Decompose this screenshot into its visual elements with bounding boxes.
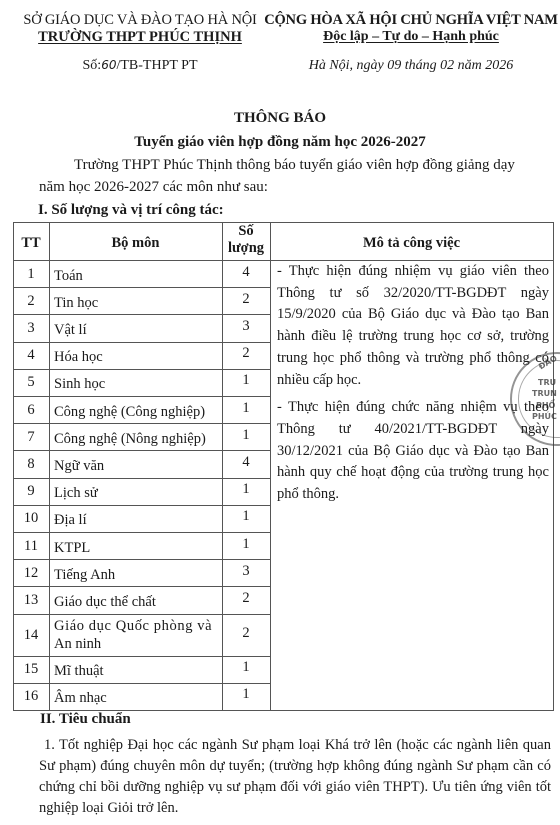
row-qty: 1: [222, 658, 270, 676]
row-subject-line1: Giáo dục Quốc phòng và: [54, 617, 212, 635]
row-subject: Hóa học: [54, 348, 103, 366]
table-rule: [13, 656, 271, 657]
row-tt: 5: [13, 373, 49, 391]
header-tt: TT: [13, 234, 49, 252]
doc-number-prefix: Số:: [83, 58, 102, 73]
table-column-rule: [13, 222, 14, 711]
row-qty: 3: [222, 562, 270, 580]
national-motto: Độc lập – Tự do – Hạnh phúc: [262, 29, 560, 45]
row-tt: 6: [13, 401, 49, 419]
row-tt: 4: [13, 346, 49, 364]
row-tt: 14: [13, 626, 49, 644]
agency-name: SỞ GIÁO DỤC VÀ ĐÀO TẠO HÀ NỘI: [0, 12, 280, 29]
row-tt: 16: [13, 687, 49, 705]
table-rule: [13, 287, 271, 288]
row-subject-line2: An ninh: [54, 635, 101, 653]
nation-title: CỘNG HÒA XÃ HỘI CHỦ NGHĨA VIỆT NAM: [262, 12, 560, 29]
table-rule: [13, 342, 271, 343]
row-subject: Vật lí: [54, 321, 87, 339]
row-subject: Công nghệ (Công nghiệp): [54, 403, 205, 421]
table-rule: [13, 478, 271, 479]
row-subject: Lịch sử: [54, 484, 98, 502]
table-column-rule: [49, 222, 50, 711]
national-motto-text: Độc lập – Tự do – Hạnh phúc: [323, 29, 499, 44]
row-qty: 4: [222, 263, 270, 281]
table-rule: [13, 614, 271, 615]
intro-line-1: Trường THPT Phúc Thịnh thông báo tuyển g…: [74, 157, 515, 174]
row-qty: 1: [222, 507, 270, 525]
table-rule: [13, 260, 553, 261]
document-number: Số:60/TB-THPT PT: [0, 58, 280, 74]
row-qty: 2: [222, 624, 270, 642]
row-tt: 15: [13, 660, 49, 678]
place-date: Hà Nội, ngày 09 tháng 02 năm 2026: [262, 58, 560, 74]
row-qty: 1: [222, 535, 270, 553]
row-qty: 1: [222, 399, 270, 417]
stamp-text-top: ĐÀO: [537, 354, 559, 372]
table-rule: [13, 314, 271, 315]
row-qty: 2: [222, 290, 270, 308]
table-column-rule: [553, 222, 554, 711]
table-column-rule: [270, 222, 271, 711]
criteria-item-1: 1. Tốt nghiệp Đại học các ngành Sư phạm …: [39, 735, 551, 819]
job-description: - Thực hiện đúng nhiệm vụ giáo viên theo…: [277, 261, 549, 512]
row-qty: 2: [222, 344, 270, 362]
row-subject: Giáo dục thể chất: [54, 593, 156, 611]
row-tt: 13: [13, 591, 49, 609]
row-subject: Địa lí: [54, 511, 87, 529]
document-subtitle: Tuyển giáo viên hợp đồng năm học 2026-20…: [0, 134, 560, 151]
table-rule: [13, 396, 271, 397]
row-qty: 1: [222, 685, 270, 703]
row-qty: 1: [222, 371, 270, 389]
row-subject: Âm nhạc: [54, 689, 107, 707]
doc-number-handwritten: 60: [101, 58, 116, 72]
table-rule: [13, 450, 271, 451]
table-rule: [13, 423, 271, 424]
recruitment-table: TT Bộ môn Số lượng Mô tả công việc 1Toán…: [13, 222, 553, 710]
table-column-rule: [222, 222, 223, 711]
row-tt: 12: [13, 564, 49, 582]
table-rule: [13, 683, 271, 684]
school-name: TRƯỜNG THPT PHÚC THỊNH: [0, 29, 280, 46]
header-qty-line1: Số: [222, 223, 270, 240]
row-tt: 9: [13, 482, 49, 500]
table-rule: [13, 222, 553, 223]
intro-line-2: năm học 2026-2027 các môn như sau:: [39, 179, 268, 196]
header-description: Mô tả công việc: [270, 234, 553, 252]
row-tt: 3: [13, 319, 49, 337]
row-qty: 3: [222, 317, 270, 335]
document-title: THÔNG BÁO: [0, 110, 560, 127]
stamp-text-3: PHỔ: [536, 401, 555, 410]
doc-number-suffix: /TB-THPT PT: [116, 58, 197, 73]
row-tt: 2: [13, 292, 49, 310]
row-subject: KTPL: [54, 539, 90, 557]
section-2-heading: II. Tiêu chuẩn: [40, 711, 131, 728]
row-subject: Công nghệ (Nông nghiệp): [54, 430, 206, 448]
row-subject: Toán: [54, 267, 83, 285]
table-rule: [13, 505, 271, 506]
stamp-text-1: TRU: [538, 378, 556, 387]
header-qty-line2: lượng: [222, 240, 270, 257]
school-name-text: TRƯỜNG THPT PHÚC THỊNH: [38, 29, 242, 45]
header-subject: Bộ môn: [49, 234, 222, 252]
row-subject: Mĩ thuật: [54, 662, 104, 680]
table-rule: [13, 586, 271, 587]
row-subject: Tin học: [54, 294, 98, 312]
job-description-item-2: - Thực hiện đúng chức năng nhiệm vụ theo…: [277, 397, 549, 506]
row-tt: 7: [13, 428, 49, 446]
row-qty: 2: [222, 589, 270, 607]
row-tt: 11: [13, 537, 49, 555]
section-1-heading: I. Số lượng và vị trí công tác:: [38, 202, 224, 219]
row-tt: 8: [13, 455, 49, 473]
stamp-text-2: TRUN: [532, 389, 557, 398]
table-rule: [13, 532, 271, 533]
row-qty: 1: [222, 480, 270, 498]
table-rule: [13, 559, 271, 560]
stamp-text-4: PHÚC: [532, 412, 557, 421]
row-qty: 4: [222, 453, 270, 471]
row-tt: 10: [13, 509, 49, 527]
row-subject: Sinh học: [54, 375, 105, 393]
row-subject: Ngữ văn: [54, 457, 104, 475]
criteria-list: 1. Tốt nghiệp Đại học các ngành Sư phạm …: [39, 735, 551, 819]
row-tt: 1: [13, 265, 49, 283]
row-subject: Tiếng Anh: [54, 566, 115, 584]
table-rule: [13, 369, 271, 370]
job-description-item-1: - Thực hiện đúng nhiệm vụ giáo viên theo…: [277, 261, 549, 391]
row-qty: 1: [222, 426, 270, 444]
